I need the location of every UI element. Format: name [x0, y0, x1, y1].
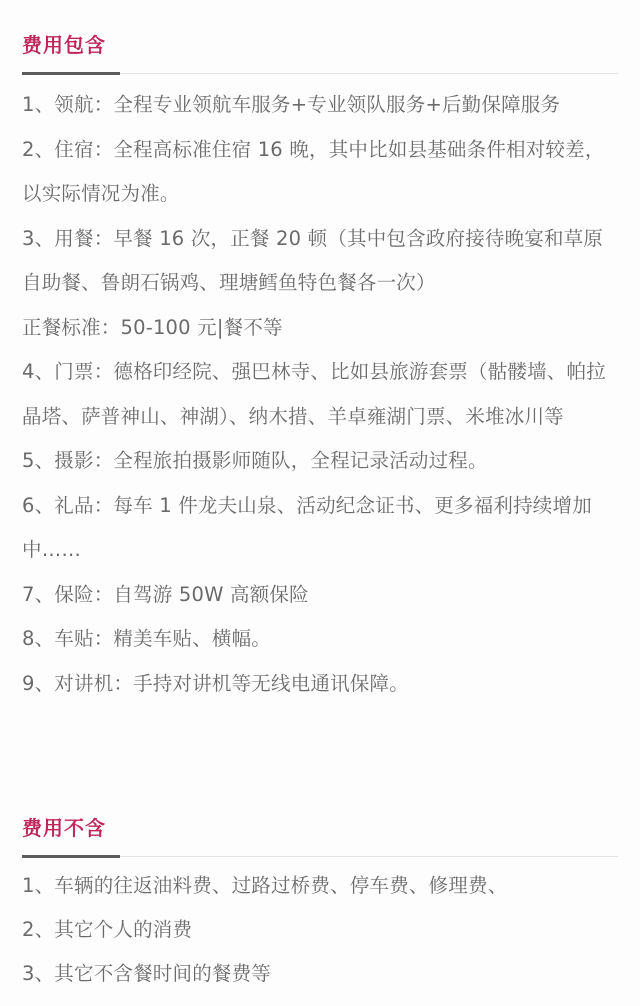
divider-accent-bar	[22, 72, 120, 75]
list-item: 2、其它个人的消费	[22, 908, 618, 952]
list-item: 4、门票：德格印经院、强巴林寺、比如县旅游套票（骷髅墙、帕拉晶塔、萨普神山、神湖…	[22, 350, 618, 439]
list-item: 正餐标准：50-100 元|餐不等	[22, 306, 618, 351]
fees-excluded-section: 费用不含 1、车辆的往返油料费、过路过桥费、停车费、修理费、 2、其它个人的消费…	[22, 813, 618, 996]
fees-excluded-title: 费用不含	[22, 813, 618, 843]
divider-accent-bar	[22, 855, 120, 858]
section-divider	[22, 72, 618, 75]
list-item: 3、用餐：早餐 16 次，正餐 20 顿（其中包含政府接待晚宴和草原自助餐、鲁朗…	[22, 217, 618, 306]
fees-excluded-list: 1、车辆的往返油料费、过路过桥费、停车费、修理费、 2、其它个人的消费 3、其它…	[22, 864, 618, 996]
fees-included-list: 1、领航：全程专业领航车服务+专业领队服务+后勤保障服务 2、住宿：全程高标准住…	[22, 83, 618, 706]
list-item: 3、其它不含餐时间的餐费等	[22, 952, 618, 996]
fees-included-section: 费用包含 1、领航：全程专业领航车服务+专业领队服务+后勤保障服务 2、住宿：全…	[22, 30, 618, 706]
list-item: 1、领航：全程专业领航车服务+专业领队服务+后勤保障服务	[22, 83, 618, 128]
list-item: 1、车辆的往返油料费、过路过桥费、停车费、修理费、	[22, 864, 618, 908]
list-item: 7、保险：自驾游 50W 高额保险	[22, 573, 618, 618]
section-divider	[22, 855, 618, 858]
list-item: 5、摄影：全程旅拍摄影师随队，全程记录活动过程。	[22, 439, 618, 484]
list-item: 8、车贴：精美车贴、横幅。	[22, 617, 618, 662]
list-item: 6、礼品：每车 1 件龙夫山泉、活动纪念证书、更多福利持续增加中……	[22, 484, 618, 573]
list-item: 2、住宿：全程高标准住宿 16 晚，其中比如县基础条件相对较差，以实际情况为准。	[22, 128, 618, 217]
fees-included-title: 费用包含	[22, 30, 618, 60]
list-item: 9、对讲机：手持对讲机等无线电通讯保障。	[22, 662, 618, 707]
